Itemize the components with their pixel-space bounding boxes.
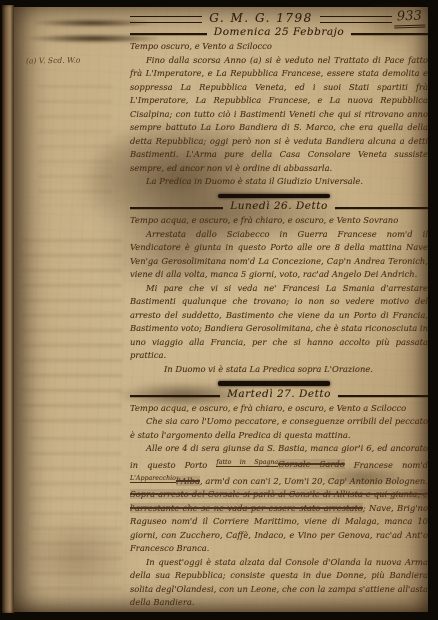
interline-insertion: L'Apparecchio (130, 475, 176, 483)
book-gutter-edge (2, 5, 14, 613)
struck-text: l'Alba (176, 476, 200, 486)
entry-heading-lunedi: Lunedì 26. Detto (130, 200, 428, 214)
text-column: G. M. G. 1798 Domenica 25 Febbrajo Tempo… (130, 12, 428, 610)
entry-paragraph: Fino dalla scorsa Anno (a) si è veduto n… (130, 54, 428, 176)
header-rule (351, 33, 428, 35)
interline-insertion: fatto in Spagna (216, 459, 278, 467)
text-segment: , arm'd con can'i 2, Uom'i 20, Cap' Anto… (200, 476, 428, 486)
entry-date: Domenica 25 Febbrajo (214, 26, 344, 40)
entry-date: Martedì 27. Detto (227, 388, 331, 402)
entry-date: Lunedì 26. Detto (230, 200, 328, 214)
struck-text: Corsale Sardo (278, 459, 345, 469)
header-rule (130, 33, 207, 35)
entry-paragraph: In Duomo vi è stata La Predica sopra L'O… (130, 363, 428, 377)
weather-line: Tempo acqua, e oscuro, e frà chiaro, e o… (130, 402, 428, 416)
section-divider-bar (218, 194, 330, 199)
entry-paragraph: In quest'oggi è stata alzata dal Console… (130, 556, 428, 610)
header-rule (320, 16, 392, 23)
entry-paragraph: La Predica in Duomo è stata il Giudizio … (130, 175, 428, 189)
text-segment: Francese nom'd (345, 459, 428, 469)
entry-paragraph: Che sia caro l'Uomo peccatore, e consegu… (130, 415, 428, 442)
entry-heading-domenica: Domenica 25 Febbrajo (130, 26, 428, 40)
header-rule (130, 395, 220, 397)
manuscript-scan: 933 (a) V. Scd. W.o G. M. G. 1798 Domeni… (0, 0, 438, 620)
year-header: G. M. G. 1798 (130, 12, 428, 26)
year-motto: G. M. G. 1798 (209, 12, 313, 26)
weather-line: Tempo acqua, e oscuro, e frà chiaro, e o… (130, 214, 428, 228)
header-rule (335, 207, 428, 209)
header-rule (130, 207, 223, 209)
weather-line: Tempo oscuro, e Vento a Scilocco (130, 40, 428, 54)
header-rule (130, 16, 202, 23)
margin-annotation: (a) V. Scd. W.o (26, 56, 81, 66)
header-rule (338, 395, 428, 397)
entry-heading-martedi: Martedì 27. Detto (130, 388, 428, 402)
entry-paragraph: Arrestata dallo Sciabecco in Guerra Fran… (130, 228, 428, 282)
section-divider-bar (218, 381, 330, 386)
entry-paragraph-with-corrections: Alle ore 4 di sera giunse da S. Bastia, … (130, 442, 428, 556)
entry-paragraph: Mi pare che vi si veda ne' Francesi La S… (130, 282, 428, 363)
